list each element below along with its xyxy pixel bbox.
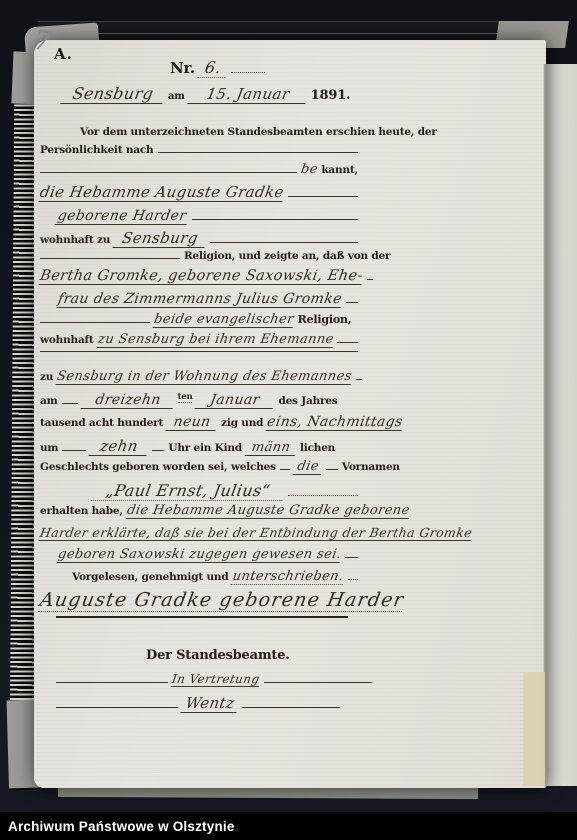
doc-text: Religion, und zeigte an, daß von der (184, 250, 390, 262)
bekannt-line: bekannt, (40, 162, 358, 181)
fill-rule-line (40, 258, 180, 259)
doc-text: Auguste Gradke geborene Harder (38, 589, 406, 612)
doc-text: In Vertretung (171, 672, 261, 687)
doc-text: 15. Januar (187, 85, 308, 104)
residence-line: wohnhaft zuSensburg (40, 229, 358, 248)
fill-rule-line (346, 302, 358, 303)
doc-text: Januar (195, 392, 276, 409)
doc-text: Sensburg (112, 229, 207, 248)
doc-text: „Paul Ernst, Julius“ (90, 481, 286, 501)
erhalten-line: erhalten habe,die Hebamme Auguste Gradke… (40, 503, 358, 522)
declarant-birthname-line: geborene Harder (40, 208, 358, 227)
fill-rule-line (348, 579, 358, 580)
registrar-deputy-line: In Vertretung (40, 672, 358, 691)
doc-text: beide evangelischer (153, 312, 295, 328)
closing-rule-line (40, 616, 358, 635)
fill-rule-line (367, 279, 373, 280)
document-lines: Nr.6.Sensburgam15. Januar1891.Vor dem un… (40, 40, 358, 760)
doc-text: Nr. (170, 59, 195, 77)
doc-text: zig und (221, 417, 263, 429)
fill-rule-line (356, 379, 362, 380)
fill-rule-line (280, 469, 290, 470)
doc-text: geborene Harder (55, 208, 190, 225)
birthplace-line: zuSensburg in der Wohnung des Ehemannes (40, 369, 358, 388)
cover-scratch-mark (79, 33, 512, 34)
fill-rule-line (152, 450, 164, 451)
doc-text: um (40, 442, 58, 454)
doc-text: wohnhaft (40, 334, 94, 346)
fill-rule-line (40, 322, 150, 323)
doc-text: ten (178, 392, 193, 403)
fill-rule-line (288, 196, 358, 197)
doc-text: be (299, 162, 318, 177)
doc-text: männ (245, 440, 298, 456)
fill-rule-line (231, 72, 265, 73)
fill-rule-line (40, 351, 358, 352)
doc-text: am (168, 91, 185, 102)
doc-text: geboren Saxowski zugegen gewesen sei. (57, 547, 343, 563)
doc-text: Der Standesbeamte. (146, 648, 290, 663)
mother-line: Bertha Gromke, geborene Saxowski, Ehe- (40, 268, 358, 287)
fill-rule-line (210, 242, 358, 243)
parents-religion-line: beide evangelischerReligion, (40, 312, 358, 331)
fill-rule-line (62, 403, 78, 404)
doc-text: kannt, (321, 164, 358, 176)
doc-text: tausend acht hundert (40, 417, 163, 429)
doc-text: die Hebamme Auguste Gradke geborene (125, 503, 410, 519)
midwife-statement-line: Harder erklärte, daß sie bei der Entbind… (40, 525, 358, 544)
doc-text: die Hebamme Auguste Gradke (38, 183, 285, 202)
child-names-line: „Paul Ernst, Julius“ (40, 481, 358, 500)
parents-residence-line: wohnhaftzu Sensburg bei ihrem Ehemanne (40, 332, 358, 351)
registrar-signature-line: Wentz (40, 694, 358, 713)
fill-rule-line (288, 495, 358, 496)
doc-text: zu Sensburg bei ihrem Ehemanne (96, 332, 334, 348)
doc-text: Religion, (298, 313, 352, 326)
doc-text: zehn (89, 437, 150, 456)
vorgelesen-line: Vorgelesen, genehmigt undunterschrieben. (40, 569, 358, 588)
fill-rule-line (62, 450, 86, 451)
father-line: frau des Zimmermanns Julius Gromke (40, 291, 358, 310)
birthyear-line: tausend acht hundertneunzig undeins, Nac… (40, 414, 358, 433)
fill-rule-line (56, 707, 178, 708)
doc-text: Bertha Gromke, geborene Saxowski, Ehe- (39, 268, 365, 285)
doc-text: erhalten habe, (40, 505, 123, 517)
register-page: 7 A. Nr.6.Sensburgam15. Januar1891.Vor d… (34, 40, 546, 788)
fill-rule-line (326, 469, 338, 470)
intro-line: Vor dem unterzeichneten Standesbeamten e… (40, 126, 358, 145)
birthdate-line: amdreizehntenJanuardes Jahres (40, 392, 358, 411)
religion-form-line: Religion, und zeigte an, daß von der (40, 250, 358, 269)
registrar-title-line: Der Standesbeamte. (40, 648, 358, 667)
doc-text: am (40, 395, 58, 407)
fill-rule-line (192, 219, 358, 220)
doc-text: Persönlichkeit nach (40, 144, 154, 156)
fill-rule-line (337, 342, 358, 343)
doc-text: 6. (197, 58, 229, 78)
doc-text: eins, Nachmittags (266, 414, 405, 431)
doc-text: neun (166, 414, 219, 431)
archive-caption-bar: Archiwum Państwowe w Olsztynie (0, 812, 577, 840)
repair-tape-strip (523, 672, 545, 786)
doc-text: Sensburg in der Wohnung des Ehemannes (56, 369, 353, 385)
declarant-signature-line: Auguste Gradke geborene Harder (40, 589, 358, 608)
doc-text: zu (40, 371, 53, 383)
doc-text: Vornamen (342, 461, 400, 473)
fill-rule-line (40, 172, 297, 173)
fill-rule-line (56, 682, 168, 683)
doc-text: Wentz (180, 694, 239, 713)
birthtime-line: umzehnUhr ein Kindmännlichen (40, 437, 358, 456)
fill-rule-line (264, 682, 372, 683)
doc-text: frau des Zimmermanns Julius Gromke (57, 291, 344, 308)
doc-text: dreizehn (80, 392, 175, 409)
fill-rule-line (56, 616, 348, 618)
midwife-statement-line2: geboren Saxowski zugegen gewesen sei. (40, 547, 358, 566)
declarant-line: die Hebamme Auguste Gradke (40, 183, 358, 202)
doc-text: Uhr ein Kind (168, 442, 242, 454)
place-date-line: Sensburgam15. Januar1891. (40, 84, 358, 103)
facing-page-edge (546, 64, 577, 786)
doc-text: Vor dem unterzeichneten Standesbeamten e… (80, 126, 437, 138)
blank-rule-line (40, 351, 358, 370)
fill-rule-line (345, 557, 358, 558)
doc-text: lichen (300, 442, 335, 454)
doc-text: Vorgelesen, genehmigt und (72, 571, 228, 583)
doc-text: wohnhaft zu (40, 234, 110, 246)
fill-rule-line (158, 152, 359, 153)
doc-text: Sensburg (60, 84, 166, 104)
doc-text: des Jahres (278, 395, 337, 407)
archive-caption-label: Archiwum Państwowe w Olsztynie (0, 819, 235, 834)
doc-text: Geschlechts geboren worden sei, welches (40, 461, 276, 473)
doc-text: die (292, 459, 323, 475)
nr-line: Nr.6. (40, 58, 358, 77)
persoenlichkeit-line: Persönlichkeit nach (40, 144, 358, 163)
fill-rule-line (242, 707, 340, 708)
doc-text: Harder erklärte, daß sie bei der Entbind… (39, 525, 474, 541)
doc-text: 1891. (311, 88, 351, 103)
sex-line: Geschlechts geboren worden sei, welchesd… (40, 459, 358, 478)
doc-text: unterschrieben. (231, 569, 346, 585)
